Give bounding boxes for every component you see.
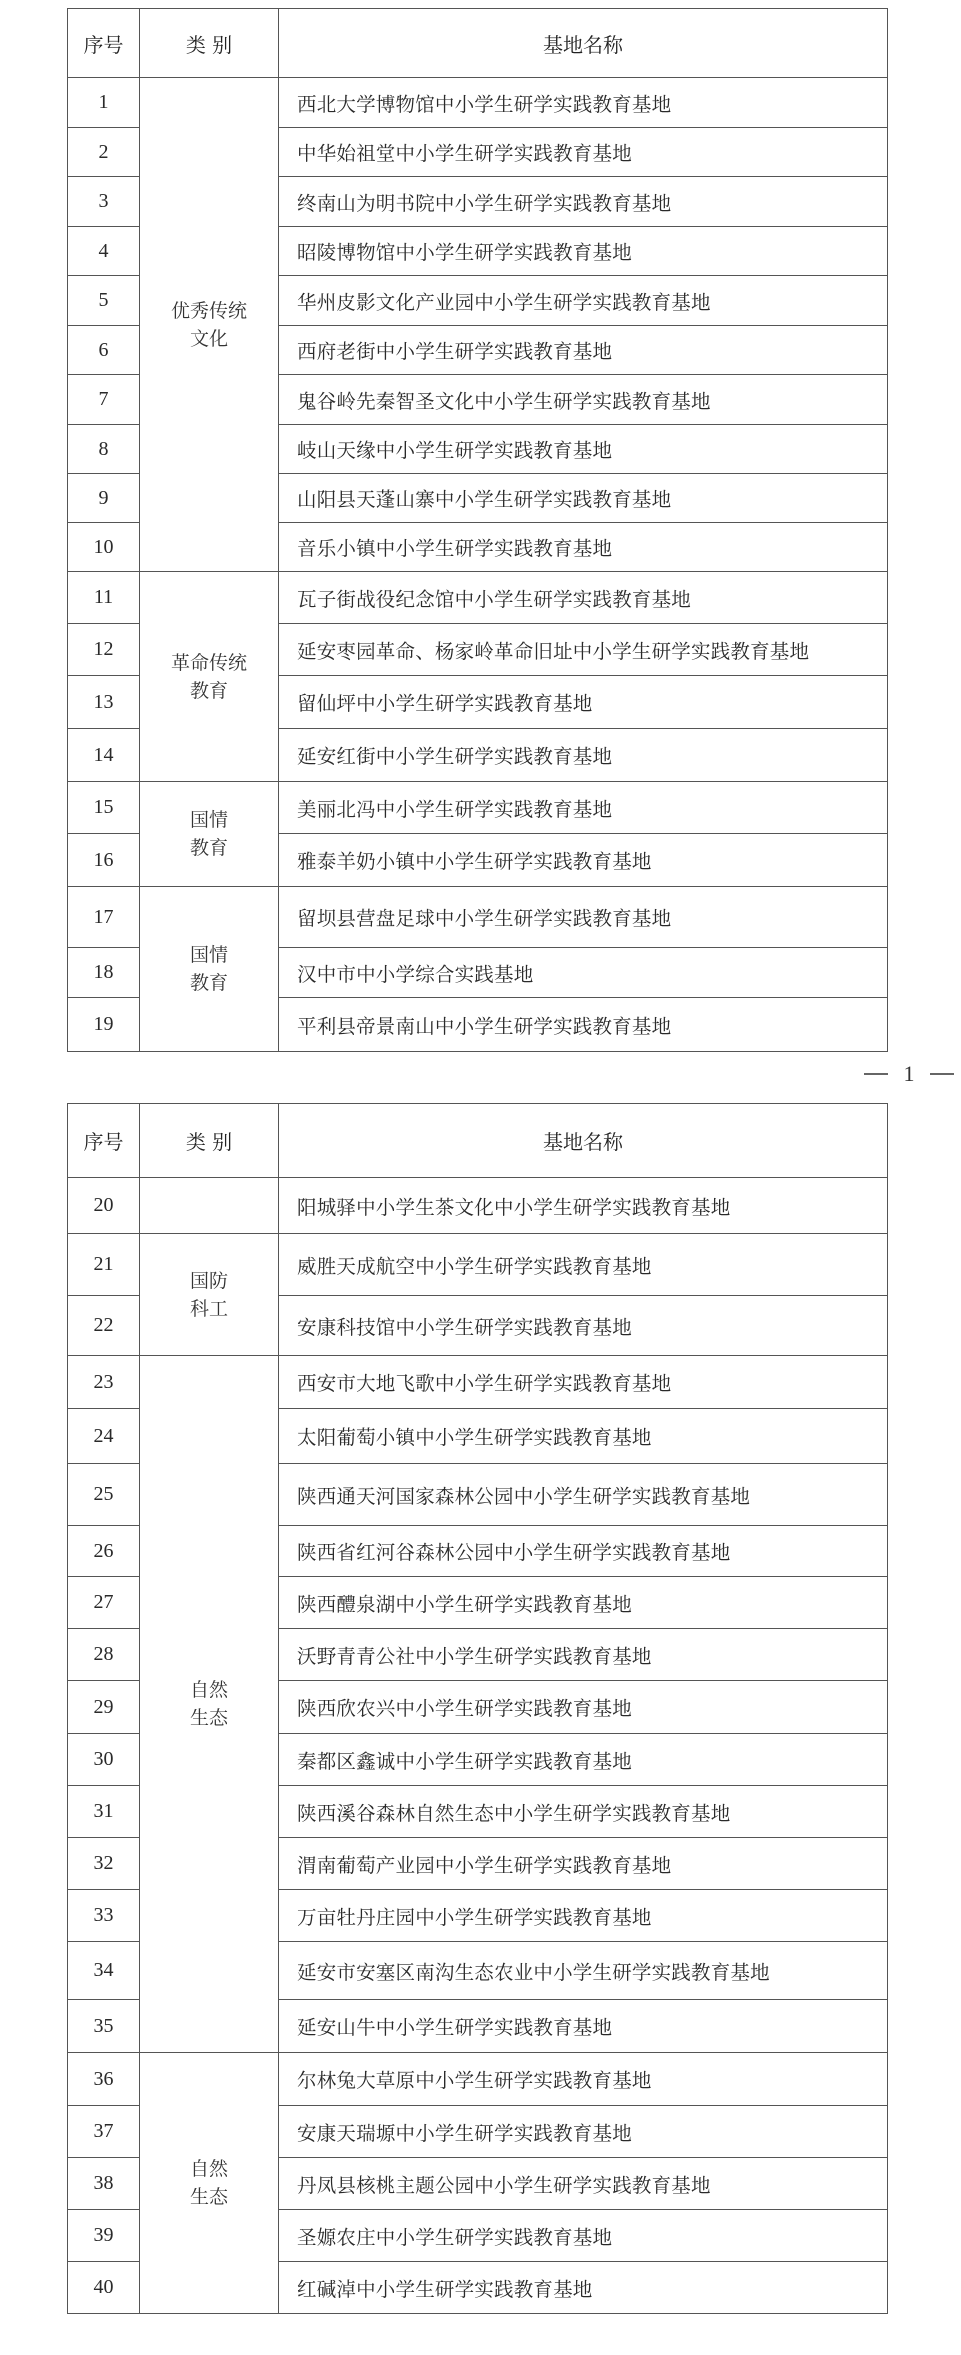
base-name-cell: 留坝县营盘足球中小学生研学实践教育基地	[279, 887, 888, 948]
row-number: 11	[68, 572, 140, 624]
row-number: 35	[68, 2000, 140, 2053]
row-number: 31	[68, 1786, 140, 1838]
base-name-cell: 陕西欣农兴中小学生研学实践教育基地	[279, 1681, 888, 1734]
row-number: 25	[68, 1464, 140, 1526]
row-number: 40	[68, 2262, 140, 2314]
base-name-cell: 西安市大地飞歌中小学生研学实践教育基地	[279, 1356, 888, 1409]
base-name-cell: 留仙坪中小学生研学实践教育基地	[279, 676, 888, 729]
row-number: 2	[68, 128, 140, 177]
base-name-cell: 山阳县天蓬山寨中小学生研学实践教育基地	[279, 474, 888, 523]
row-number: 16	[68, 834, 140, 887]
row-number: 32	[68, 1838, 140, 1890]
base-name-cell: 延安山牛中小学生研学实践教育基地	[279, 2000, 888, 2053]
base-name-cell: 雅泰羊奶小镇中小学生研学实践教育基地	[279, 834, 888, 887]
table-row: 20阳城驿中小学生茶文化中小学生研学实践教育基地	[68, 1178, 888, 1234]
table-header-row: 序号 类 别 基地名称	[68, 1104, 888, 1178]
base-name-cell: 瓦子街战役纪念馆中小学生研学实践教育基地	[279, 572, 888, 624]
row-number: 14	[68, 729, 140, 782]
row-number: 19	[68, 998, 140, 1052]
base-name-cell: 阳城驿中小学生茶文化中小学生研学实践教育基地	[279, 1178, 888, 1234]
base-list-table-page-1: 序号 类 别 基地名称 1优秀传统 文化西北大学博物馆中小学生研学实践教育基地2…	[67, 8, 888, 1052]
row-number: 15	[68, 782, 140, 834]
base-name-cell: 陕西醴泉湖中小学生研学实践教育基地	[279, 1577, 888, 1629]
base-name-cell: 尔林兔大草原中小学生研学实践教育基地	[279, 2053, 888, 2106]
table-row: 11革命传统 教育瓦子街战役纪念馆中小学生研学实践教育基地	[68, 572, 888, 624]
category-cell: 自然 生态	[140, 2053, 279, 2314]
base-name-cell: 渭南葡萄产业园中小学生研学实践教育基地	[279, 1838, 888, 1890]
row-number: 4	[68, 227, 140, 276]
category-cell: 革命传统 教育	[140, 572, 279, 782]
base-name-cell: 陕西通天河国家森林公园中小学生研学实践教育基地	[279, 1464, 888, 1526]
row-number: 28	[68, 1629, 140, 1681]
table-row: 15国情 教育美丽北冯中小学生研学实践教育基地	[68, 782, 888, 834]
row-number: 24	[68, 1409, 140, 1464]
base-name-cell: 沃野青青公社中小学生研学实践教育基地	[279, 1629, 888, 1681]
table-header-row: 序号 类 别 基地名称	[68, 9, 888, 78]
page-marker-dash-right	[930, 1073, 954, 1075]
row-number: 5	[68, 276, 140, 326]
base-name-cell: 延安市安塞区南沟生态农业中小学生研学实践教育基地	[279, 1942, 888, 2000]
header-no: 序号	[68, 1104, 140, 1178]
base-name-cell: 威胜天成航空中小学生研学实践教育基地	[279, 1234, 888, 1296]
table-body: 20阳城驿中小学生茶文化中小学生研学实践教育基地21国防 科工威胜天成航空中小学…	[68, 1178, 888, 2314]
category-cell: 国防 科工	[140, 1234, 279, 1356]
category-cell: 国情 教育	[140, 782, 279, 887]
base-name-cell: 音乐小镇中小学生研学实践教育基地	[279, 523, 888, 572]
base-name-cell: 延安枣园革命、杨家岭革命旧址中小学生研学实践教育基地	[279, 624, 888, 676]
base-name-cell: 圣嫄农庄中小学生研学实践教育基地	[279, 2210, 888, 2262]
category-cell: 优秀传统 文化	[140, 78, 279, 572]
base-name-cell: 岐山天缘中小学生研学实践教育基地	[279, 425, 888, 474]
table-row: 36自然 生态尔林兔大草原中小学生研学实践教育基地	[68, 2053, 888, 2106]
base-name-cell: 红碱淖中小学生研学实践教育基地	[279, 2262, 888, 2314]
base-name-cell: 延安红街中小学生研学实践教育基地	[279, 729, 888, 782]
base-name-cell: 陕西省红河谷森林公园中小学生研学实践教育基地	[279, 1526, 888, 1577]
row-number: 20	[68, 1178, 140, 1234]
base-name-cell: 汉中市中小学综合实践基地	[279, 948, 888, 998]
row-number: 7	[68, 375, 140, 425]
base-name-cell: 美丽北冯中小学生研学实践教育基地	[279, 782, 888, 834]
row-number: 1	[68, 78, 140, 128]
base-name-cell: 安康科技馆中小学生研学实践教育基地	[279, 1296, 888, 1356]
row-number: 30	[68, 1734, 140, 1786]
row-number: 37	[68, 2106, 140, 2158]
row-number: 29	[68, 1681, 140, 1734]
base-name-cell: 西北大学博物馆中小学生研学实践教育基地	[279, 78, 888, 128]
category-cell: 国情 教育	[140, 887, 279, 1052]
base-name-cell: 安康天瑞塬中小学生研学实践教育基地	[279, 2106, 888, 2158]
row-number: 9	[68, 474, 140, 523]
header-name: 基地名称	[279, 1104, 888, 1178]
row-number: 23	[68, 1356, 140, 1409]
base-name-cell: 华州皮影文化产业园中小学生研学实践教育基地	[279, 276, 888, 326]
base-list-table-page-2: 序号 类 别 基地名称 20阳城驿中小学生茶文化中小学生研学实践教育基地21国防…	[67, 1103, 888, 2314]
table-row: 17国情 教育留坝县营盘足球中小学生研学实践教育基地	[68, 887, 888, 948]
page-number-marker: 1	[864, 1060, 954, 1088]
base-name-cell: 万亩牡丹庄园中小学生研学实践教育基地	[279, 1890, 888, 1942]
row-number: 3	[68, 177, 140, 227]
row-number: 21	[68, 1234, 140, 1296]
header-category: 类 别	[140, 9, 279, 78]
header-name: 基地名称	[279, 9, 888, 78]
table-row: 1优秀传统 文化西北大学博物馆中小学生研学实践教育基地	[68, 78, 888, 128]
base-name-cell: 西府老街中小学生研学实践教育基地	[279, 326, 888, 375]
table-row: 21国防 科工威胜天成航空中小学生研学实践教育基地	[68, 1234, 888, 1296]
row-number: 18	[68, 948, 140, 998]
base-name-cell: 昭陵博物馆中小学生研学实践教育基地	[279, 227, 888, 276]
base-name-cell: 太阳葡萄小镇中小学生研学实践教育基地	[279, 1409, 888, 1464]
row-number: 13	[68, 676, 140, 729]
header-category: 类 别	[140, 1104, 279, 1178]
base-name-cell: 中华始祖堂中小学生研学实践教育基地	[279, 128, 888, 177]
row-number: 27	[68, 1577, 140, 1629]
category-cell: 自然 生态	[140, 1356, 279, 2053]
page-number: 1	[904, 1061, 915, 1087]
row-number: 33	[68, 1890, 140, 1942]
row-number: 26	[68, 1526, 140, 1577]
row-number: 8	[68, 425, 140, 474]
row-number: 39	[68, 2210, 140, 2262]
row-number: 6	[68, 326, 140, 375]
row-number: 34	[68, 1942, 140, 2000]
base-name-cell: 丹凤县核桃主题公园中小学生研学实践教育基地	[279, 2158, 888, 2210]
row-number: 10	[68, 523, 140, 572]
table-body: 1优秀传统 文化西北大学博物馆中小学生研学实践教育基地2中华始祖堂中小学生研学实…	[68, 78, 888, 1052]
page-marker-dash-left	[864, 1073, 888, 1075]
base-name-cell: 陕西溪谷森林自然生态中小学生研学实践教育基地	[279, 1786, 888, 1838]
category-cell	[140, 1178, 279, 1234]
row-number: 36	[68, 2053, 140, 2106]
row-number: 17	[68, 887, 140, 948]
row-number: 12	[68, 624, 140, 676]
base-name-cell: 秦都区鑫诚中小学生研学实践教育基地	[279, 1734, 888, 1786]
row-number: 38	[68, 2158, 140, 2210]
base-name-cell: 终南山为明书院中小学生研学实践教育基地	[279, 177, 888, 227]
base-name-cell: 鬼谷岭先秦智圣文化中小学生研学实践教育基地	[279, 375, 888, 425]
header-no: 序号	[68, 9, 140, 78]
table-row: 23自然 生态西安市大地飞歌中小学生研学实践教育基地	[68, 1356, 888, 1409]
row-number: 22	[68, 1296, 140, 1356]
base-name-cell: 平利县帝景南山中小学生研学实践教育基地	[279, 998, 888, 1052]
